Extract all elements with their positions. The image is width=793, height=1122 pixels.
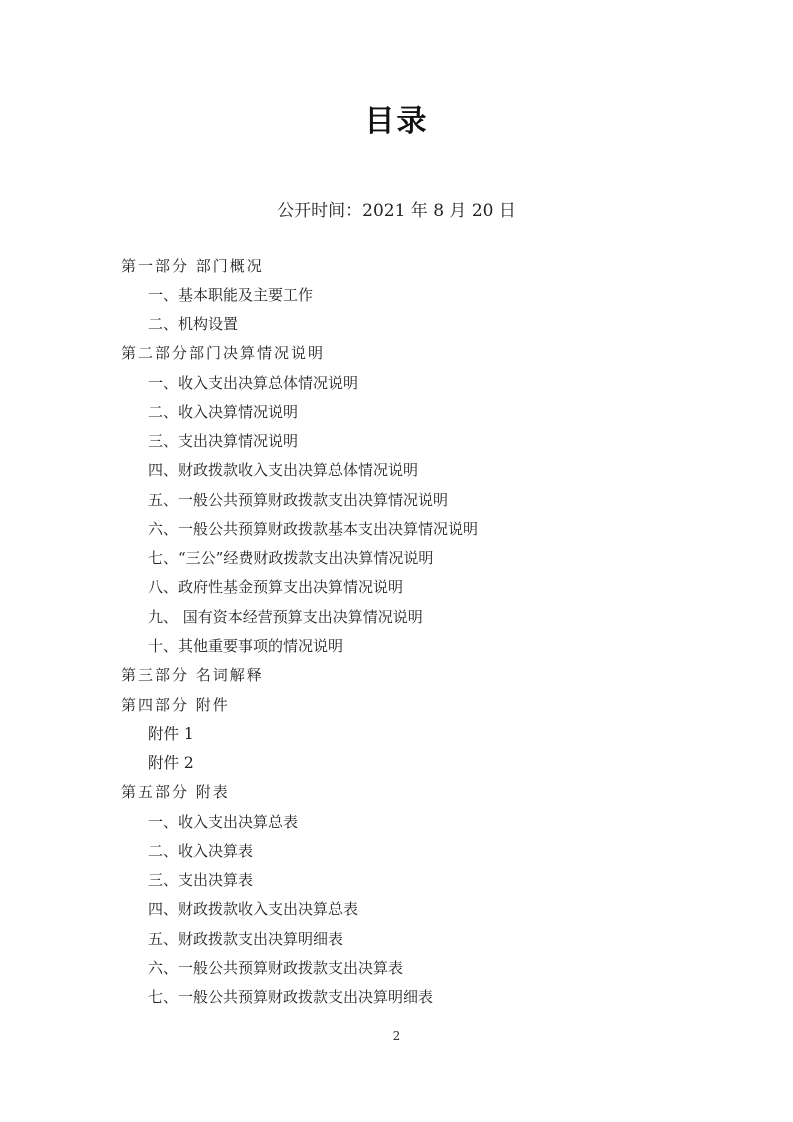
toc-entry: 十、其他重要事项的情况说明 — [148, 636, 343, 656]
toc-entry: 三、支出决算表 — [148, 870, 253, 890]
toc-entry: 一、基本职能及主要工作 — [148, 285, 313, 305]
toc-entry: 七、“三公”经费财政拨款支出决算情况说明 — [148, 548, 433, 568]
toc-entry: 附件 2 — [148, 753, 194, 773]
toc-entry: 六、一般公共预算财政拨款基本支出决算情况说明 — [148, 519, 478, 539]
page-number: 2 — [0, 1029, 793, 1043]
toc-entry: 五、一般公共预算财政拨款支出决算情况说明 — [148, 490, 448, 510]
toc-section-heading: 第五部分 附表 — [121, 782, 230, 802]
toc-entry: 四、财政拨款收入支出决算总体情况说明 — [148, 460, 418, 480]
toc-entry: 六、一般公共预算财政拨款支出决算表 — [148, 958, 403, 978]
toc-entry: 二、收入决算情况说明 — [148, 402, 298, 422]
toc-section-heading: 第二部分部门决算情况说明 — [121, 343, 325, 363]
toc-entry: 七、一般公共预算财政拨款支出决算明细表 — [148, 987, 433, 1007]
toc-entry: 附件 1 — [148, 724, 194, 744]
toc-entry: 五、财政拨款支出决算明细表 — [148, 929, 343, 949]
toc-entry: 八、政府性基金预算支出决算情况说明 — [148, 577, 403, 597]
toc-section-heading: 第一部分 部门概况 — [121, 256, 264, 276]
toc-section-heading: 第三部分 名词解释 — [121, 665, 264, 685]
document-title: 目录 — [0, 96, 793, 140]
toc-entry: 四、财政拨款收入支出决算总表 — [148, 899, 358, 919]
toc-entry: 二、收入决算表 — [148, 841, 253, 861]
toc-entry: 九、 国有资本经营预算支出决算情况说明 — [148, 607, 423, 627]
toc-entry: 一、收入支出决算总体情况说明 — [148, 373, 358, 393]
toc-entry: 一、收入支出决算总表 — [148, 812, 298, 832]
publish-date: 公开时间：2021 年 8 月 20 日 — [0, 196, 793, 221]
toc-entry: 三、支出决算情况说明 — [148, 431, 298, 451]
toc-entry: 二、机构设置 — [148, 314, 238, 334]
toc-section-heading: 第四部分 附件 — [121, 695, 230, 715]
